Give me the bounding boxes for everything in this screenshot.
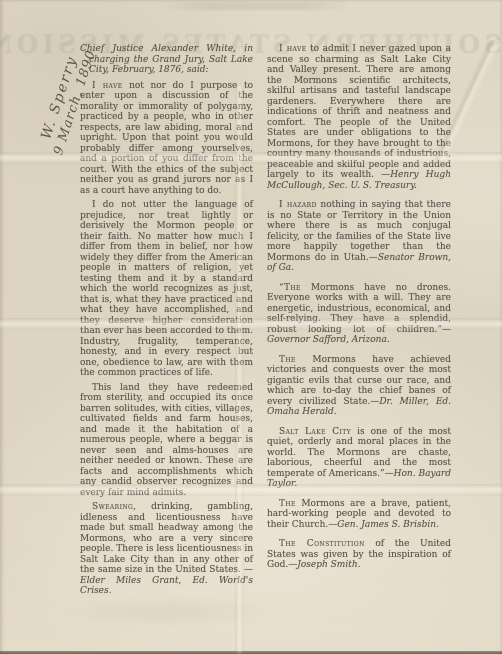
column-header-citation: Chief Justice Alexander White, in chargi… (80, 44, 253, 76)
paragraph: The Constitution of the United States wa… (267, 539, 451, 571)
right-column: I have to admit I never gazed upon a sce… (267, 44, 451, 580)
paragraph: I have to admit I never gazed upon a sce… (267, 44, 451, 191)
paragraph-lead: “The (279, 283, 301, 293)
paragraph-credit: —Gen. James S. Brisbin. (328, 520, 439, 530)
paragraph: I do not utter the language of prejudice… (80, 200, 253, 379)
paragraph-text: to admit I never gazed upon a scene so c… (267, 44, 451, 180)
paragraph-lead: Salt Lake City (279, 427, 351, 437)
paragraph-lead: The (279, 355, 296, 365)
paragraph: “The Mormons have no drones. Everyone wo… (267, 283, 451, 346)
paragraph: Salt Lake City is one of the most quiet,… (267, 427, 451, 490)
bleed-through-smudge (160, 2, 350, 10)
paragraph: The Mormons are a brave, patient, hard-w… (267, 499, 451, 531)
paragraph: Swearing, drinking, gambling, idleness a… (80, 502, 253, 597)
scanned-document-page: SOUTHERN STATES MISSION W. Sperry 9 Marc… (0, 0, 502, 654)
paragraph-lead: Swearing, (92, 502, 136, 512)
paragraph-credit: —Joseph Smith. (288, 560, 360, 570)
paragraph-text: I do not utter the language of prejudice… (80, 200, 253, 378)
paragraph-lead: I have (279, 44, 306, 54)
left-column: Chief Justice Alexander White, in chargi… (80, 44, 253, 601)
paragraph-text: drinking, gambling, idleness and licenti… (80, 502, 253, 575)
paragraph-lead: I have (92, 81, 123, 91)
paragraph-lead: The Constitution (279, 539, 365, 549)
paragraph-text: not nor do I purpose to enter upon a dis… (80, 81, 253, 196)
paragraph: I hazard nothing in saying that there is… (267, 200, 451, 274)
paragraph-lead: The (279, 499, 296, 509)
paragraph: This land they have redeemed from steril… (80, 383, 253, 499)
paragraph: I have not nor do I purpose to enter upo… (80, 81, 253, 197)
paragraph-lead: I hazard (279, 200, 317, 210)
paragraph-text: This land they have redeemed from steril… (80, 383, 253, 498)
paragraph: The Mormons have achieved victories and … (267, 355, 451, 418)
